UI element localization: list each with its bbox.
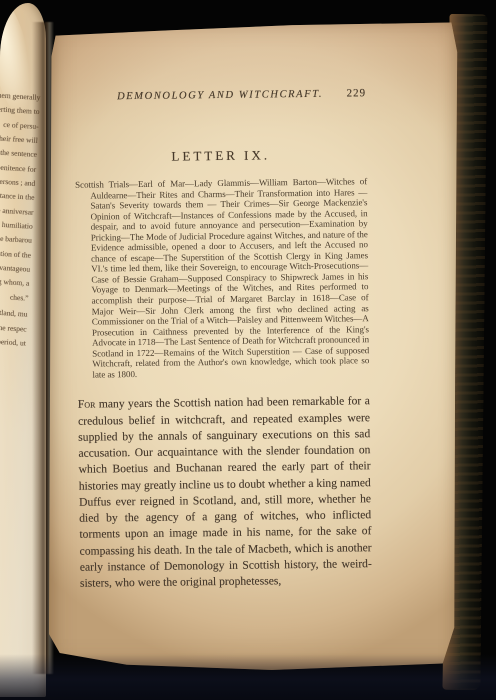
leaf-text-line: Scotland, mu bbox=[0, 305, 28, 322]
background-floor-tint bbox=[0, 654, 496, 700]
leaf-text-line: sadvantageou bbox=[0, 260, 31, 277]
book-photograph: them generally erting them to ce of pers… bbox=[0, 0, 496, 700]
running-header-title: DEMONOLOGY AND WITCHCRAFT. bbox=[117, 89, 323, 103]
page-number: 229 bbox=[346, 87, 366, 99]
leaf-text-line: r period, ut bbox=[0, 334, 26, 351]
leaf-text-line: ortance in the bbox=[0, 189, 35, 206]
leaf-text-line: ches.” bbox=[0, 289, 29, 306]
lead-word: For bbox=[78, 398, 96, 411]
book-page: DEMONOLOGY AND WITCHCRAFT. 229 LETTER IX… bbox=[44, 16, 458, 670]
running-header: DEMONOLOGY AND WITCHCRAFT. 229 bbox=[74, 88, 366, 103]
body-text: many years the Scottish nation had been … bbox=[78, 395, 372, 590]
body-paragraph: For many years the Scottish nation had b… bbox=[78, 394, 372, 593]
leaf-text-line: tuation of the bbox=[0, 246, 32, 263]
chapter-argument: Scottish Trials—Earl of Mar—Lady Glammis… bbox=[75, 176, 369, 380]
leaf-text-line: ong whom, a bbox=[0, 274, 30, 291]
page-text-block: DEMONOLOGY AND WITCHCRAFT. 229 LETTER IX… bbox=[74, 88, 372, 604]
chapter-heading: LETTER IX. bbox=[75, 146, 367, 166]
leaf-text-line: some respec bbox=[0, 319, 27, 336]
leaf-text-line: the barbarou bbox=[0, 232, 32, 249]
